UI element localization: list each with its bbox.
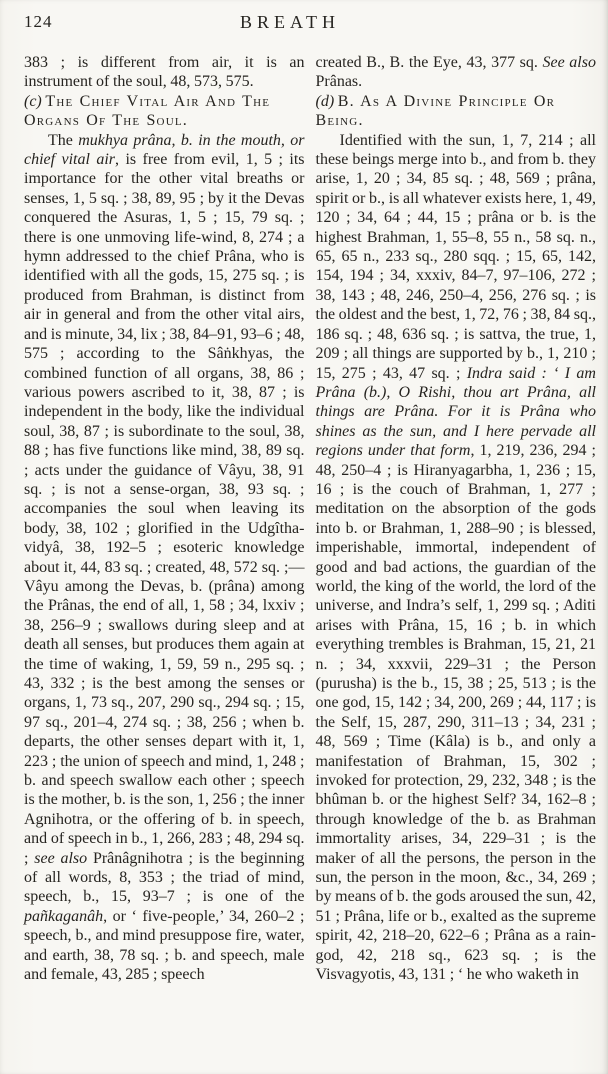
book-page-scan: 124 BREATH 383 ; is different from air, … bbox=[0, 0, 608, 1074]
section-heading: (c) The Chief Vital Air And The Organs O… bbox=[24, 92, 305, 131]
right-column: created B., B. the Eye, 43, 377 sq. See … bbox=[316, 53, 597, 985]
index-entry-text: 383 ; is different from air, it is an in… bbox=[24, 53, 305, 92]
index-entry-text: Identified with the sun, 1, 7, 214 ; all… bbox=[316, 131, 597, 985]
left-column: 383 ; is different from air, it is an in… bbox=[24, 53, 305, 985]
section-heading: (d) B. As A Divine Principle Or Being. bbox=[316, 92, 597, 131]
text-columns: 383 ; is different from air, it is an in… bbox=[24, 53, 596, 985]
index-entry-text: created B., B. the Eye, 43, 377 sq. See … bbox=[316, 53, 597, 92]
index-entry-text: The mukhya prâna, b. in the mouth, or ch… bbox=[24, 131, 305, 985]
page-header: 124 BREATH bbox=[24, 10, 596, 36]
running-title: BREATH bbox=[24, 12, 556, 33]
